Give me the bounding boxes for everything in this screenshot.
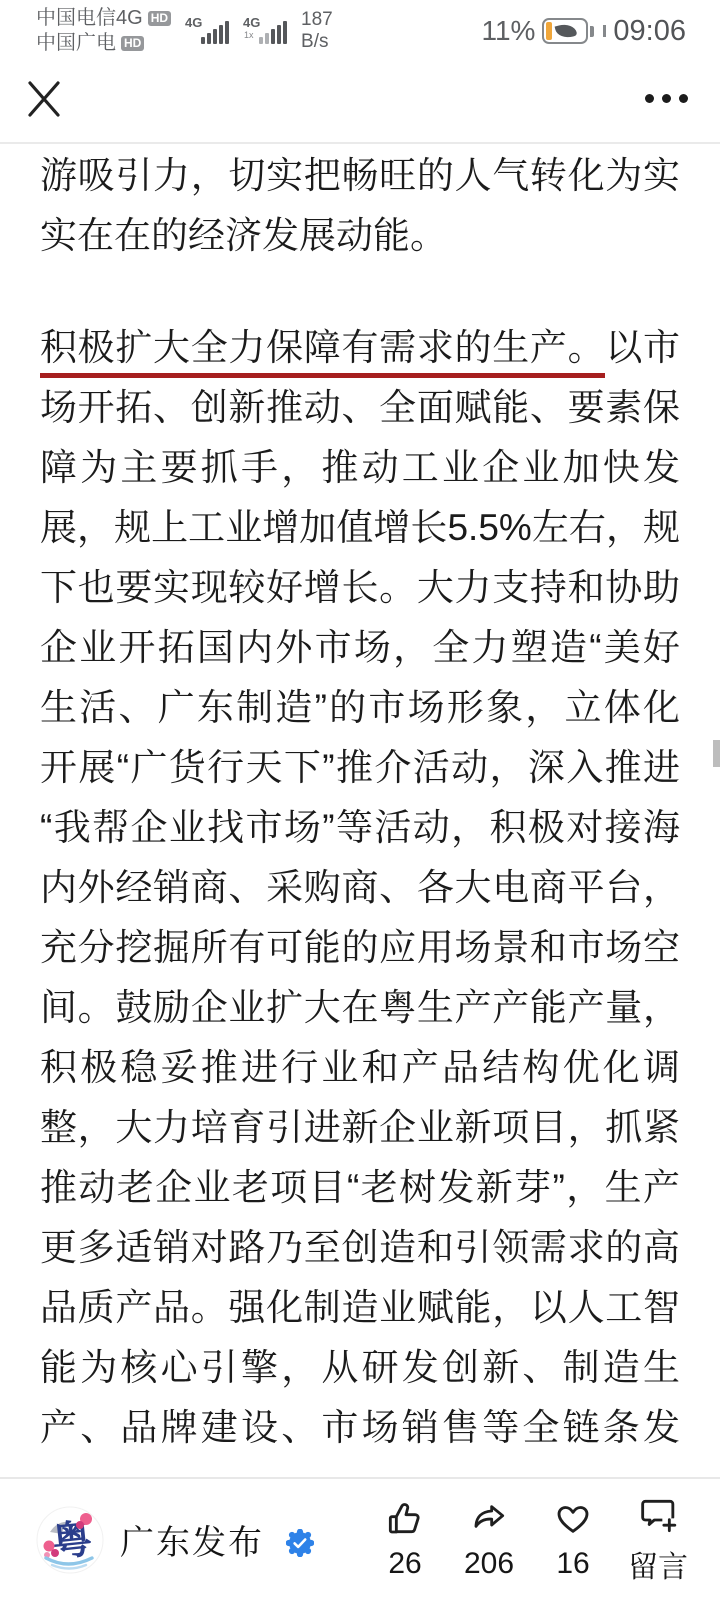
- article-line: 积极稳妥推进行业和产品结构优化调: [40, 1038, 680, 1098]
- network-speed: 187 B/s: [301, 9, 333, 53]
- article-body[interactable]: 游吸引力，切实把畅旺的人气转化为实实在在的经济发展动能。积极扩大全力保障有需求的…: [0, 144, 720, 1477]
- wechat-article-screen: 中国电信4G HD 中国广电 HD 4G 4G 1x: [0, 0, 720, 1600]
- article-line: 间。鼓励企业扩大在粤生产产能产量，: [40, 978, 680, 1038]
- article-line: 展，规上工业增加值增长5.5%左右，规: [40, 498, 680, 558]
- battery-nub: [590, 26, 594, 37]
- signal-bars: [259, 21, 287, 44]
- comment-label: 留言: [628, 1542, 688, 1586]
- paragraph: 游吸引力，切实把畅旺的人气转化为实实在在的经济发展动能。: [40, 146, 680, 266]
- favorite-count: 16: [556, 1547, 589, 1581]
- article-line: 能为核心引擎，从研发创新、制造生: [40, 1338, 680, 1398]
- favorite-button[interactable]: 16: [544, 1499, 602, 1581]
- battery-fill: [546, 22, 552, 40]
- like-button[interactable]: 26: [376, 1499, 434, 1581]
- verified-badge-icon: [286, 1529, 314, 1557]
- like-count: 26: [388, 1547, 421, 1581]
- article-line: 整，大力培育引进新企业新项目，抓紧: [40, 1098, 680, 1158]
- power-saving-leaf-icon: [555, 22, 578, 40]
- article-line: 障为主要抓手，推动工业企业加快发: [40, 438, 680, 498]
- carrier-name-2: 中国广电: [36, 31, 116, 56]
- article-line: 积极扩大全力保障有需求的生产。以市: [40, 318, 680, 378]
- account-avatar: 粤: [36, 1506, 104, 1574]
- comment-button[interactable]: 留言: [628, 1494, 688, 1586]
- article-line: 生活、广东制造”的市场形象，立体化: [40, 678, 680, 738]
- article-line: 推动老企业老项目“老树发新芽”，生产: [40, 1158, 680, 1218]
- carrier-name-1: 中国电信4G: [36, 6, 143, 31]
- article-line: “我帮企业找市场”等活动，积极对接海: [40, 798, 680, 858]
- account-row[interactable]: 粤 广东发布: [36, 1506, 314, 1574]
- article-line: 充分挖掘所有可能的应用场景和市场空: [40, 918, 680, 978]
- status-bar-right: 11% 09:06: [481, 15, 686, 48]
- status-bar: 中国电信4G HD 中国广电 HD 4G 4G 1x: [0, 0, 720, 58]
- article-line: 内外经销商、采购商、各大电商平台，: [40, 858, 680, 918]
- clock-time: 09:06: [613, 15, 686, 48]
- battery-icon: [542, 18, 588, 44]
- nav-bar: [0, 58, 720, 142]
- article-line: 更多适销对路乃至创造和引领需求的高: [40, 1218, 680, 1278]
- hd-badge-2: HD: [121, 36, 144, 51]
- hd-badge-1: HD: [148, 11, 171, 26]
- share-arrow-icon: [469, 1499, 509, 1539]
- article-line: 开展“广货行天下”推介活动，深入推进: [40, 738, 680, 798]
- article-line: 场开拓、创新推动、全面赋能、要素保: [40, 378, 680, 438]
- signal-icon-sim2: 4G 1x: [243, 13, 287, 49]
- action-buttons: 26 206 16 留言: [376, 1494, 688, 1586]
- heart-icon: [553, 1499, 593, 1539]
- article-line: 游吸引力，切实把畅旺的人气转化为实: [40, 146, 680, 206]
- account-name: 广东发布: [120, 1515, 264, 1564]
- signal-bars: [201, 21, 229, 44]
- signal-icon-sim1: 4G: [185, 13, 229, 49]
- close-icon[interactable]: [24, 78, 64, 118]
- share-count: 206: [464, 1547, 514, 1581]
- paragraph: 积极扩大全力保障有需求的生产。以市场开拓、创新推动、全面赋能、要素保障为主要抓手…: [40, 318, 680, 1458]
- article-line: 品质产品。强化制造业赋能，以人工智: [40, 1278, 680, 1338]
- article-line: 实在在的经济发展动能。: [40, 206, 680, 266]
- battery-percent: 11%: [481, 15, 535, 47]
- more-menu-icon[interactable]: [645, 86, 688, 110]
- status-divider-tick: [603, 25, 606, 37]
- status-bar-left: 中国电信4G HD 中国广电 HD 4G 4G 1x: [36, 6, 333, 56]
- scrollbar-thumb[interactable]: [713, 740, 720, 767]
- comment-plus-icon: [638, 1494, 678, 1534]
- footer-bar: 粤 广东发布: [0, 1477, 720, 1600]
- article-line: 企业开拓国内外市场，全力塑造“美好: [40, 618, 680, 678]
- thumbs-up-icon: [385, 1499, 425, 1539]
- carrier-labels: 中国电信4G HD 中国广电 HD: [36, 6, 171, 56]
- article-line: 下也要实现较好增长。大力支持和协助: [40, 558, 680, 618]
- network-sub-label: 1x: [244, 30, 254, 40]
- share-button[interactable]: 206: [460, 1499, 518, 1581]
- article-line: 产、品牌建设、市场销售等全链条发: [40, 1398, 680, 1458]
- underlined-sentence: 积极扩大全力保障有需求的生产。: [40, 327, 605, 378]
